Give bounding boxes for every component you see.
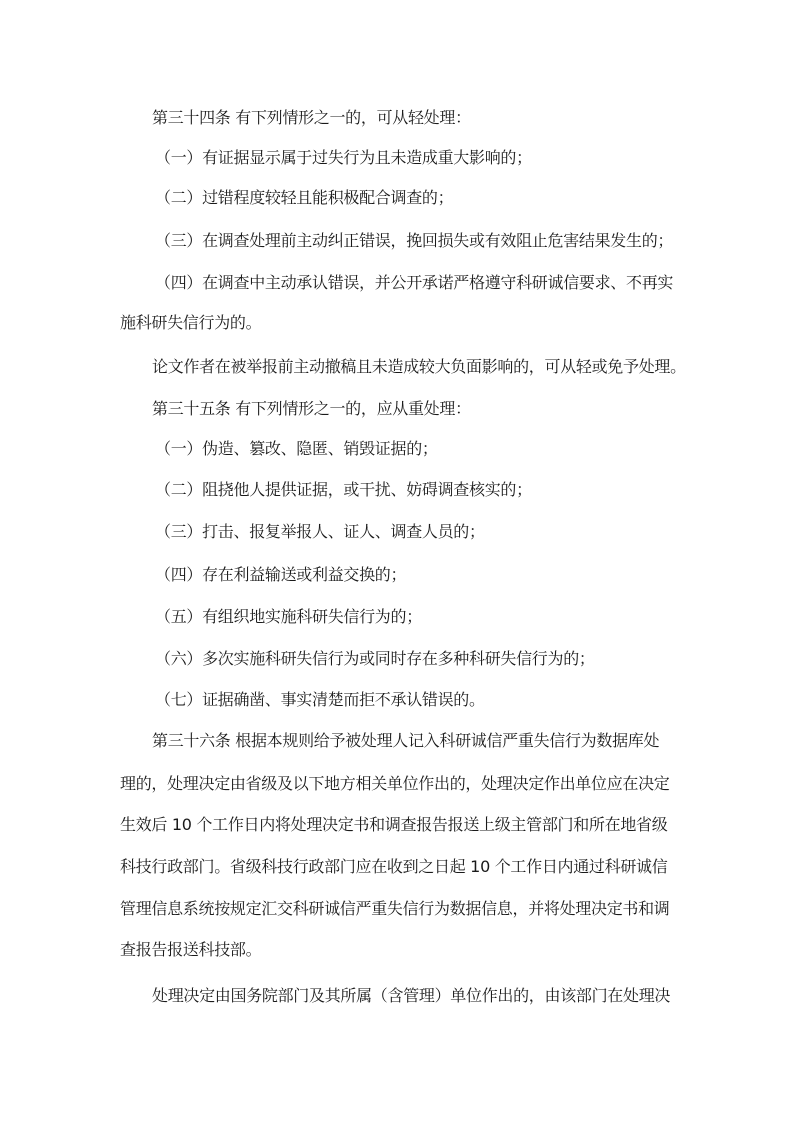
article-36-paragraph-2: 处理决定由国务院部门及其所属（含管理）单位作出的，由该部门在处理决 bbox=[152, 986, 712, 1006]
article-35-item-1: （一）伪造、篡改、隐匿、销毁证据的； bbox=[155, 439, 715, 459]
article-35-item-4: （四）存在利益输送或利益交换的； bbox=[155, 565, 715, 585]
article-36-line-4: 科技行政部门。省级科技行政部门应在收到之日起 10 个工作日内通过科研诚信 bbox=[120, 857, 680, 877]
article-35-item-3: （三）打击、报复举报人、证人、调查人员的； bbox=[155, 522, 715, 542]
document-page: 第三十四条 有下列情形之一的，可从轻处理： （一）有证据显示属于过失行为且未造成… bbox=[0, 0, 793, 1122]
article-36-line-2: 理的，处理决定由省级及以下地方相关单位作出的，处理决定作出单位应在决定 bbox=[120, 774, 680, 794]
article-35-item-5: （五）有组织地实施科研失信行为的； bbox=[155, 607, 715, 627]
article-34-paragraph: 论文作者在被举报前主动撤稿且未造成较大负面影响的，可从轻或免予处理。 bbox=[152, 357, 712, 377]
article-36-line-3: 生效后 10 个工作日内将处理决定书和调查报告报送上级主管部门和所在地省级 bbox=[120, 815, 680, 835]
article-34-item-2: （二）过错程度较轻且能积极配合调查的； bbox=[155, 188, 715, 208]
article-34-item-1: （一）有证据显示属于过失行为且未造成重大影响的； bbox=[155, 148, 715, 168]
article-34-item-4-continuation: 施科研失信行为的。 bbox=[120, 313, 680, 333]
article-35-heading: 第三十五条 有下列情形之一的，应从重处理： bbox=[152, 399, 712, 419]
article-35-item-7: （七）证据确凿、事实清楚而拒不承认错误的。 bbox=[155, 690, 715, 710]
article-34-heading: 第三十四条 有下列情形之一的，可从轻处理： bbox=[152, 108, 712, 128]
article-35-item-2: （二）阻挠他人提供证据，或干扰、妨碍调查核实的； bbox=[155, 480, 715, 500]
article-34-item-3: （三）在调查处理前主动纠正错误，挽回损失或有效阻止危害结果发生的； bbox=[155, 231, 715, 251]
article-36-line-5: 管理信息系统按规定汇交科研诚信严重失信行为数据信息，并将处理决定书和调 bbox=[120, 899, 680, 919]
article-34-item-4: （四）在调查中主动承认错误，并公开承诺严格遵守科研诚信要求、不再实 bbox=[155, 273, 715, 293]
article-36-heading: 第三十六条 根据本规则给予被处理人记入科研诚信严重失信行为数据库处 bbox=[152, 731, 712, 751]
article-35-item-6: （六）多次实施科研失信行为或同时存在多种科研失信行为的； bbox=[155, 649, 715, 669]
article-36-line-6: 查报告报送科技部。 bbox=[120, 940, 680, 960]
